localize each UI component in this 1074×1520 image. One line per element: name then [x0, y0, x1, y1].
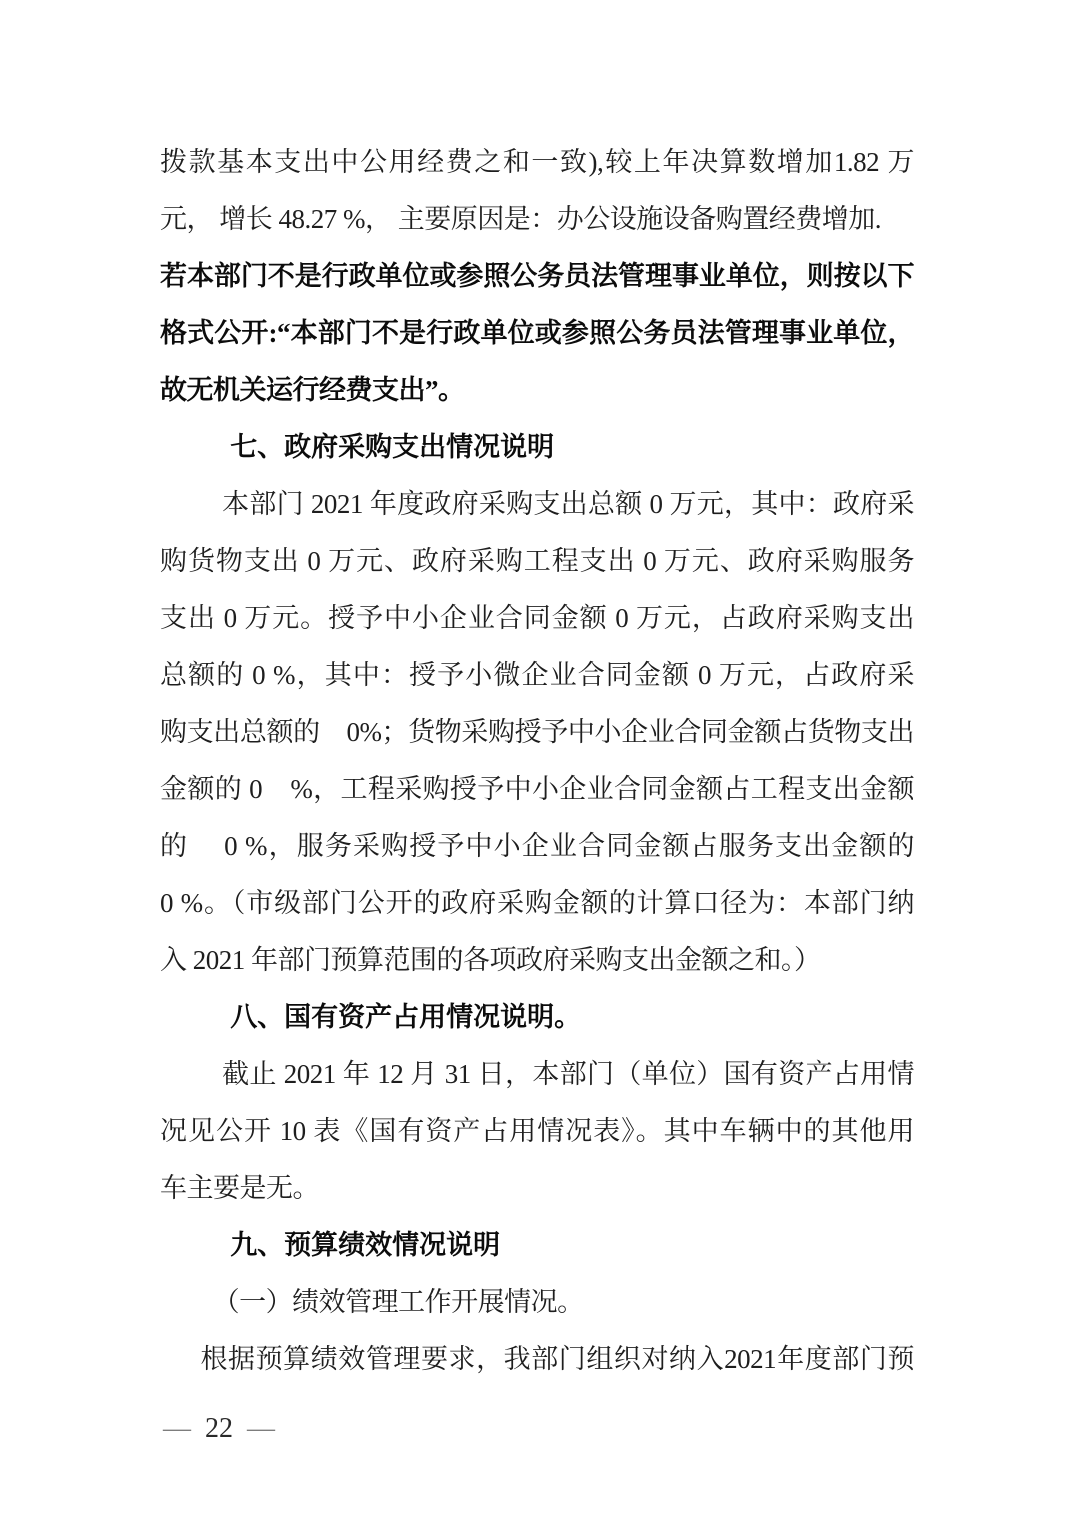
text-line: 购支出总额的 0%；货物采购授予中小企业合同金额占货物支出 — [160, 704, 914, 761]
page-footer: —22— — [163, 1400, 275, 1457]
text-line: 支出 0 万元。授予中小企业合同金额 0 万元，占政府采购支出 — [160, 590, 914, 647]
text-line: 截止 2021 年 12 月 31 日，本部门（单位）国有资产占用情 — [160, 1046, 914, 1103]
text-line: 况见公开 10 表《国有资产占用情况表》。其中车辆中的其他用 — [160, 1103, 914, 1160]
text-line: 的 0 %，服务采购授予中小企业合同金额占服务支出金额的 — [160, 818, 914, 875]
text-line: 0 %。（市级部门公开的政府采购金额的计算口径为：本部门纳 — [160, 875, 914, 932]
document-body: 拨款基本支出中公用经费之和一致),较上年决算数增加1.82 万元， 增长 48.… — [160, 134, 914, 1388]
text-line: 元， 增长 48.27 %， 主要原因是：办公设施设备购置经费增加. — [160, 191, 914, 248]
text-line: 格式公开:“本部门不是行政单位或参照公务员法管理事业单位， — [160, 305, 914, 362]
text-line: （一）绩效管理工作开展情况。 — [160, 1274, 914, 1331]
section-heading: 九、预算绩效情况说明 — [160, 1217, 914, 1274]
section-heading: 八、国有资产占用情况说明。 — [160, 989, 914, 1046]
text-line: 根据预算绩效管理要求，我部门组织对纳入2021年度部门预 — [160, 1331, 914, 1388]
section-heading: 七、政府采购支出情况说明 — [160, 419, 914, 476]
text-line: 若本部门不是行政单位或参照公务员法管理事业单位，则按以下 — [160, 248, 914, 305]
text-line: 拨款基本支出中公用经费之和一致),较上年决算数增加1.82 万 — [160, 134, 914, 191]
document-page: 拨款基本支出中公用经费之和一致),较上年决算数增加1.82 万元， 增长 48.… — [0, 0, 1074, 1520]
footer-dash-left: — — [163, 1413, 191, 1444]
text-line: 总额的 0 %，其中：授予小微企业合同金额 0 万元，占政府采 — [160, 647, 914, 704]
text-line: 本部门 2021 年度政府采购支出总额 0 万元，其中：政府采 — [160, 476, 914, 533]
page-number: 22 — [205, 1413, 233, 1444]
text-line: 故无机关运行经费支出”。 — [160, 362, 914, 419]
footer-dash-right: — — [247, 1413, 275, 1444]
text-line: 车主要是无。 — [160, 1160, 914, 1217]
text-line: 购货物支出 0 万元、政府采购工程支出 0 万元、政府采购服务 — [160, 533, 914, 590]
text-line: 金额的 0 %，工程采购授予中小企业合同金额占工程支出金额 — [160, 761, 914, 818]
text-line: 入 2021 年部门预算范围的各项政府采购支出金额之和。） — [160, 932, 914, 989]
